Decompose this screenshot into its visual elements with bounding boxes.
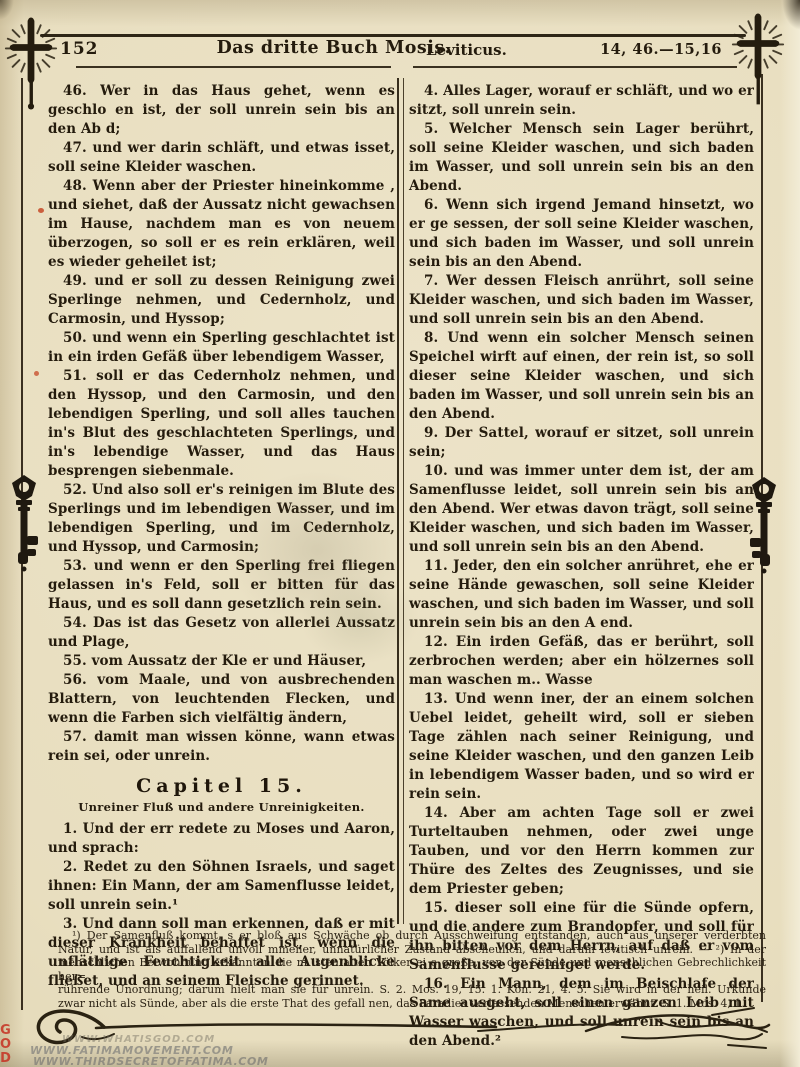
footnote-line: rührende Unordnung; darum hielt man sie … <box>58 983 766 997</box>
footnote-line: menschlichen Beiwohnung erkannten die m … <box>58 956 766 983</box>
chapter-subtitle: Unreiner Fluß und andere Unreinigkeiten. <box>48 800 395 814</box>
verse-6: 6. Wenn sich irgend Jemand hinsetzt, wo … <box>409 196 754 272</box>
scanned-book-page: 152 Das dritte Buch Mosis. Leviticus. 14… <box>0 0 800 1067</box>
verse-7: 7. Wer dessen Fleisch anrührt, soll sein… <box>409 272 754 329</box>
verse-2: 2. Redet zu den Söhnen Israels, und sage… <box>48 858 395 915</box>
verse-54: 54. Das ist das Gesetz von allerlei Auss… <box>48 614 395 652</box>
watermark-url-2: WWW.THIRDSECRETOFFATIMA.COM <box>33 1055 268 1067</box>
footnote-line: ¹) Der Samenfluß kommt, s er bloß aus Sc… <box>58 929 766 943</box>
verse-11: 11. Jeder, den ein solcher anrühret, ehe… <box>409 557 754 633</box>
verse-48: 48. Wenn aber der Priester hineinkomme ,… <box>48 177 395 272</box>
page-corner-shadow <box>0 0 14 20</box>
left-text-column: 46. Wer in das Haus gehet, wenn es gesch… <box>48 82 395 991</box>
verse-49: 49. und er soll zu dessen Reinigung zwei… <box>48 272 395 329</box>
footnote-line: Natur, und ist als auffallend unvoll mme… <box>58 943 766 957</box>
verse-47: 47. und wer darin schläft, und etwas iss… <box>48 139 395 177</box>
verse-range: 14, 46.—15,16 <box>600 41 722 58</box>
footnote-block: ¹) Der Samenfluß kommt, s er bloß aus Sc… <box>58 929 766 1011</box>
verse-50: 50. und wenn ein Sperling geschlachtet i… <box>48 329 395 367</box>
verse-52: 52. Und also soll er's reinigen im Blute… <box>48 481 395 557</box>
header-rule-left <box>76 66 391 68</box>
right-text-column: 4. Alles Lager, worauf er schläft, und w… <box>409 82 754 1051</box>
book-subtitle: Leviticus. <box>426 41 507 59</box>
verse-51: 51. soll er das Cedernholz nehmen, und d… <box>48 367 395 481</box>
verse-9: 9. Der Sattel, worauf er sitzet, soll un… <box>409 424 754 462</box>
red-corner-stamp: GOD <box>0 1024 14 1066</box>
header-rule-right <box>413 66 737 68</box>
verse-55: 55. vom Aussatz der Kle er und Häuser, <box>48 652 395 671</box>
book-title: Das dritte Buch Mosis. <box>217 37 452 58</box>
verse-12: 12. Ein irden Gefäß, das er berührt, sol… <box>409 633 754 690</box>
verse-57: 57. damit man wissen könne, wann etwas r… <box>48 728 395 766</box>
page-number: 152 <box>60 39 99 59</box>
verse-4: 4. Alles Lager, worauf er schläft, und w… <box>409 82 754 120</box>
page-corner-shadow <box>782 0 800 30</box>
ornate-key-icon <box>7 474 41 578</box>
verse-13: 13. Und wenn iner, der an einem solchen … <box>409 690 754 804</box>
verse-53: 53. und wenn er den Sperling frei fliege… <box>48 557 395 614</box>
verse-8: 8. Und wenn ein solcher Mensch seinen Sp… <box>409 329 754 424</box>
verse-14: 14. Aber am achten Tage soll er zwei Tur… <box>409 804 754 899</box>
verse-10: 10. und was immer unter dem ist, der am … <box>409 462 754 557</box>
verse-56: 56. vom Maale, und von ausbrechenden Bla… <box>48 671 395 728</box>
verse-1: 1. Und der err redete zu Moses und Aaron… <box>48 820 395 858</box>
verse-5: 5. Welcher Mensch sein Lager berührt, so… <box>409 120 754 196</box>
red-ink-dot <box>34 371 39 376</box>
column-divider-rule <box>397 78 404 924</box>
chapter-heading: Capitel 15. <box>48 775 395 797</box>
red-ink-dot <box>38 208 44 213</box>
verse-46: 46. Wer in das Haus gehet, wenn es gesch… <box>48 82 395 139</box>
